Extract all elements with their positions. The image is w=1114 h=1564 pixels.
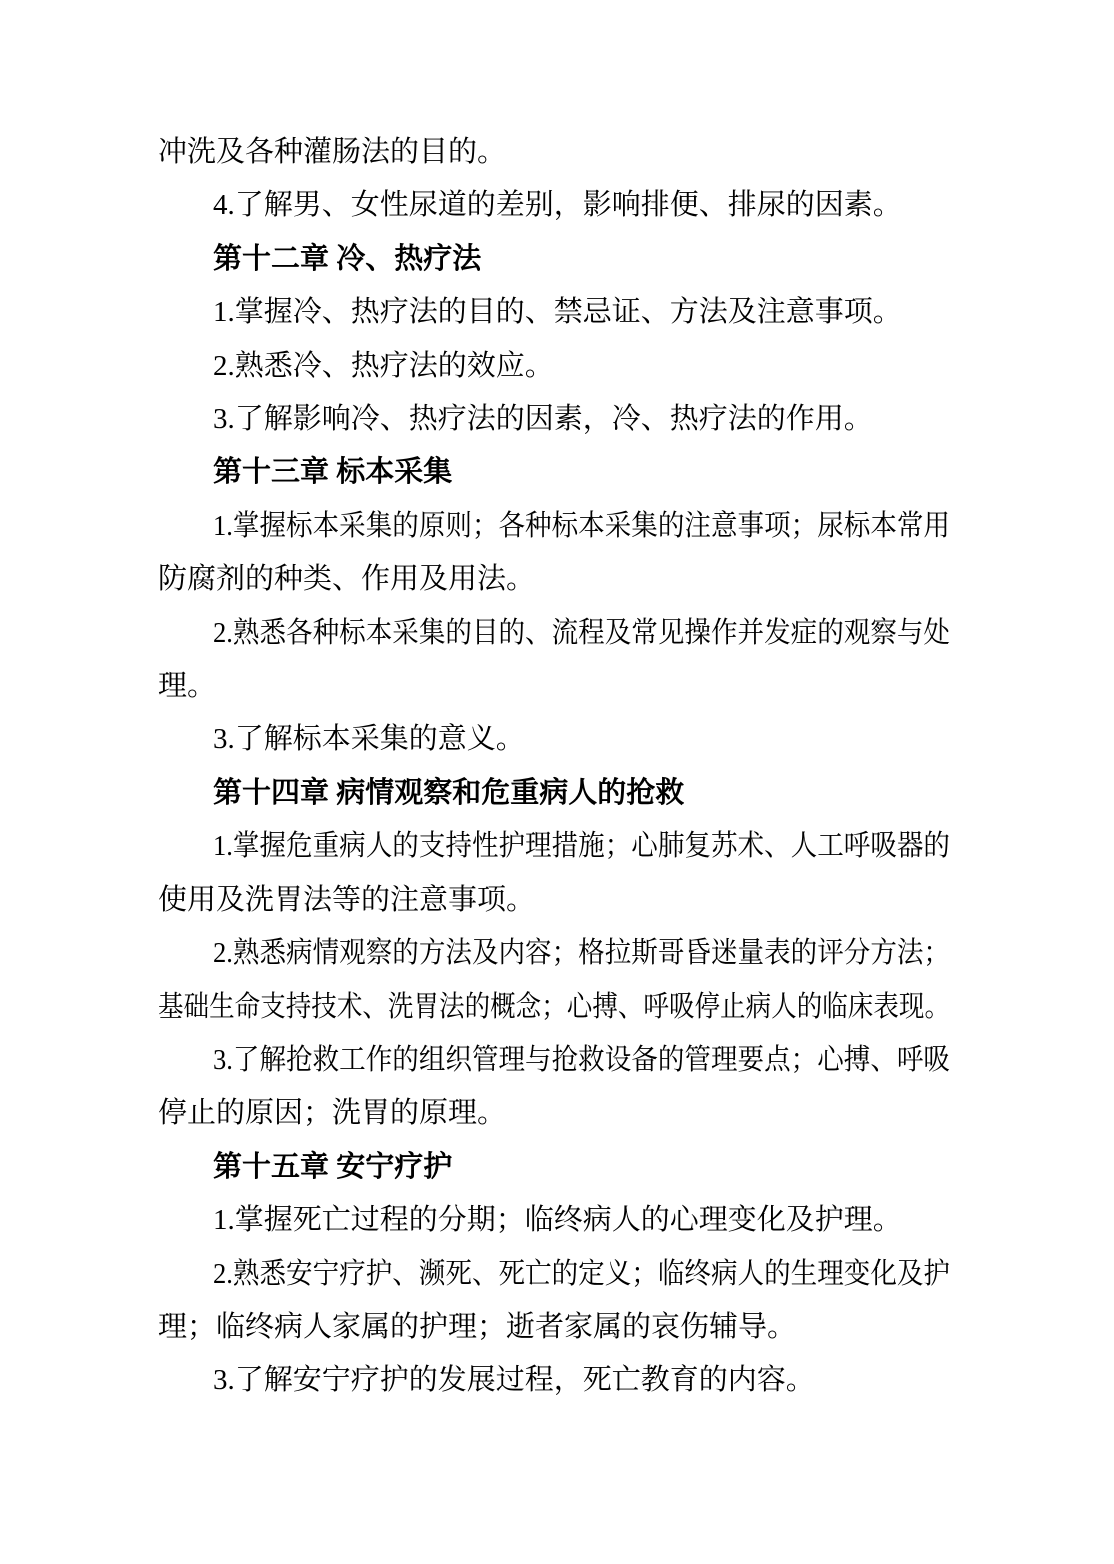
text-line: 使用及洗胃法等的注意事项。 [158, 874, 950, 927]
text-line-text: 1.掌握危重病人的支持性护理措施；心肺复苏术、人工呼吸器的 [213, 820, 950, 873]
text-line: 2.熟悉安宁疗护、濒死、死亡的定义；临终病人的生理变化及护 [158, 1248, 950, 1301]
text-line-text: 使用及洗胃法等的注意事项。 [158, 874, 535, 927]
text-line-text: 1.掌握标本采集的原则；各种标本采集的注意事项；尿标本常用 [213, 500, 950, 553]
chapter-heading-text: 第十四章 病情观察和危重病人的抢救 [213, 767, 684, 820]
text-line: 理；临终病人家属的护理；逝者家属的哀伤辅导。 [158, 1301, 950, 1354]
text-line-text: 3.了解影响冷、热疗法的因素，冷、热疗法的作用。 [213, 393, 873, 446]
text-line: 2.熟悉各种标本采集的目的、流程及常见操作并发症的观察与处 [158, 607, 950, 660]
text-line: 4.了解男、女性尿道的差别，影响排便、排尿的因素。 [158, 179, 950, 232]
chapter-heading-text: 第十二章 冷、热疗法 [213, 233, 481, 286]
text-line-text: 防腐剂的种类、作用及用法。 [158, 553, 535, 606]
chapter-heading: 第十四章 病情观察和危重病人的抢救 [158, 767, 950, 820]
text-line: 2.熟悉病情观察的方法及内容；格拉斯哥昏迷量表的评分方法； [158, 927, 950, 980]
text-line-text: 3.了解安宁疗护的发展过程，死亡教育的内容。 [213, 1354, 815, 1407]
text-line: 3.了解安宁疗护的发展过程，死亡教育的内容。 [158, 1354, 950, 1407]
text-line-text: 4.了解男、女性尿道的差别，影响排便、排尿的因素。 [213, 179, 902, 232]
text-line: 3.了解抢救工作的组织管理与抢救设备的管理要点；心搏、呼吸 [158, 1034, 950, 1087]
text-line-text: 2.熟悉安宁疗护、濒死、死亡的定义；临终病人的生理变化及护 [213, 1248, 950, 1301]
text-line: 防腐剂的种类、作用及用法。 [158, 553, 950, 606]
text-line-text: 理；临终病人家属的护理；逝者家属的哀伤辅导。 [158, 1301, 796, 1354]
text-line: 基础生命支持技术、洗胃法的概念；心搏、呼吸停止病人的临床表现。 [158, 981, 950, 1034]
text-line-text: 基础生命支持技术、洗胃法的概念；心搏、呼吸停止病人的临床表现。 [158, 981, 950, 1034]
syllabus-text-block: 冲洗及各种灌肠法的目的。4.了解男、女性尿道的差别，影响排便、排尿的因素。第十二… [158, 126, 950, 1408]
text-line-text: 3.了解抢救工作的组织管理与抢救设备的管理要点；心搏、呼吸 [213, 1034, 950, 1087]
text-line-text: 理。 [158, 660, 216, 713]
text-line-text: 1.掌握死亡过程的分期；临终病人的心理变化及护理。 [213, 1194, 902, 1247]
text-line-text: 停止的原因；洗胃的原理。 [158, 1087, 506, 1140]
chapter-heading: 第十五章 安宁疗护 [158, 1141, 950, 1194]
text-line: 停止的原因；洗胃的原理。 [158, 1087, 950, 1140]
text-line: 1.掌握死亡过程的分期；临终病人的心理变化及护理。 [158, 1194, 950, 1247]
chapter-heading-text: 第十三章 标本采集 [213, 446, 452, 499]
text-line-text: 3.了解标本采集的意义。 [213, 713, 525, 766]
text-line-text: 1.掌握冷、热疗法的目的、禁忌证、方法及注意事项。 [213, 286, 902, 339]
text-line: 2.熟悉冷、热疗法的效应。 [158, 340, 950, 393]
chapter-heading: 第十三章 标本采集 [158, 446, 950, 499]
text-line-text: 2.熟悉各种标本采集的目的、流程及常见操作并发症的观察与处 [213, 607, 950, 660]
document-page: 冲洗及各种灌肠法的目的。4.了解男、女性尿道的差别，影响排便、排尿的因素。第十二… [0, 0, 1114, 1564]
text-line: 3.了解标本采集的意义。 [158, 713, 950, 766]
text-line: 理。 [158, 660, 950, 713]
text-line: 3.了解影响冷、热疗法的因素，冷、热疗法的作用。 [158, 393, 950, 446]
text-line-text: 2.熟悉冷、热疗法的效应。 [213, 340, 554, 393]
text-line: 1.掌握标本采集的原则；各种标本采集的注意事项；尿标本常用 [158, 500, 950, 553]
chapter-heading: 第十二章 冷、热疗法 [158, 233, 950, 286]
text-line: 1.掌握危重病人的支持性护理措施；心肺复苏术、人工呼吸器的 [158, 820, 950, 873]
text-line-text: 冲洗及各种灌肠法的目的。 [158, 126, 506, 179]
text-line-text: 2.熟悉病情观察的方法及内容；格拉斯哥昏迷量表的评分方法； [213, 927, 950, 980]
text-line: 1.掌握冷、热疗法的目的、禁忌证、方法及注意事项。 [158, 286, 950, 339]
chapter-heading-text: 第十五章 安宁疗护 [213, 1141, 452, 1194]
text-line: 冲洗及各种灌肠法的目的。 [158, 126, 950, 179]
